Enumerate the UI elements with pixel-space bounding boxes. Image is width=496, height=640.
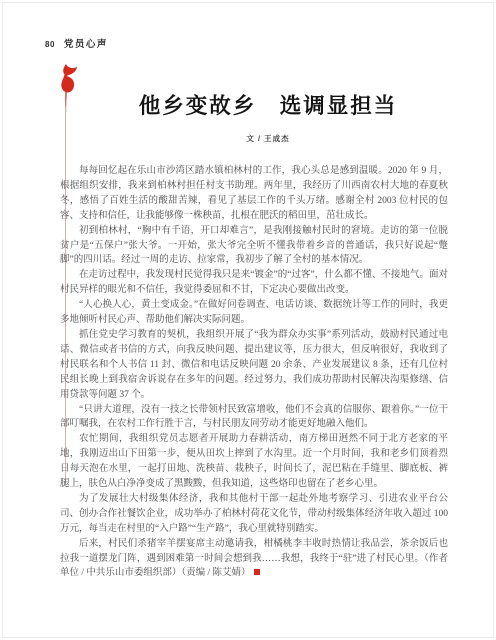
page-number: 80 — [45, 40, 55, 49]
section-title: 党员心声 — [64, 36, 108, 50]
magazine-page: 80 党员心声 他乡变故乡 选调显担当 文 / 王成杰 每每回忆起在乐山市沙湾区… — [2, 2, 494, 638]
paragraph: 为了发展壮大村级集体经济，我和其他村干部一起赴外地考察学习、引进农业平台公司、创… — [60, 492, 448, 537]
title-block: 他乡变故乡 选调显担当 文 / 王成杰 — [93, 89, 443, 144]
paragraph: “只讲大道理，没有一技之长带领村民致富增收，他们不会真的信服你、跟着你。”一位干… — [60, 403, 448, 433]
article-byline: 文 / 王成杰 — [93, 133, 443, 144]
article-title: 他乡变故乡 选调显担当 — [93, 89, 443, 120]
paragraph: 农忙期间，我组织党员志愿者开展助力春耕活动，南方梯田迥然不同于北方老家的平地，我… — [60, 432, 448, 492]
running-head: 80 党员心声 — [45, 36, 108, 50]
paragraph: 后来，村民们杀猪宰羊摆宴席主动邀请我，柑橘桃李丰收时热情让我品尝，茶余饭后也拉我… — [60, 537, 448, 582]
paragraph: 在走访过程中，我发现村民觉得我只是来“镀金”的“过客”，什么都不懂、不接地气。面… — [60, 268, 448, 298]
paragraph: “人心换人心，黄土变成金。”在做好问卷调查、电话访谈、数据统计等工作的同时，我更… — [60, 298, 448, 328]
paragraph: 抓住党史学习教育的契机，我组织开展了“我为群众办实事”系列活动，鼓励村民通过电话… — [60, 328, 448, 403]
paragraph: 初到柏林村，“胸中有千语，开口却难言”，是我刚接触村民时的窘境。走访的第一位脱贫… — [60, 224, 448, 269]
article-body: 每每回忆起在乐山市沙湾区踏水镇柏林村的工作，我心头总是感到温暖。2020 年 9… — [60, 164, 448, 581]
red-ribbon-icon — [53, 63, 81, 113]
paragraph: 每每回忆起在乐山市沙湾区踏水镇柏林村的工作，我心头总是感到温暖。2020 年 9… — [60, 164, 448, 224]
red-square-end-mark-icon — [254, 569, 261, 576]
